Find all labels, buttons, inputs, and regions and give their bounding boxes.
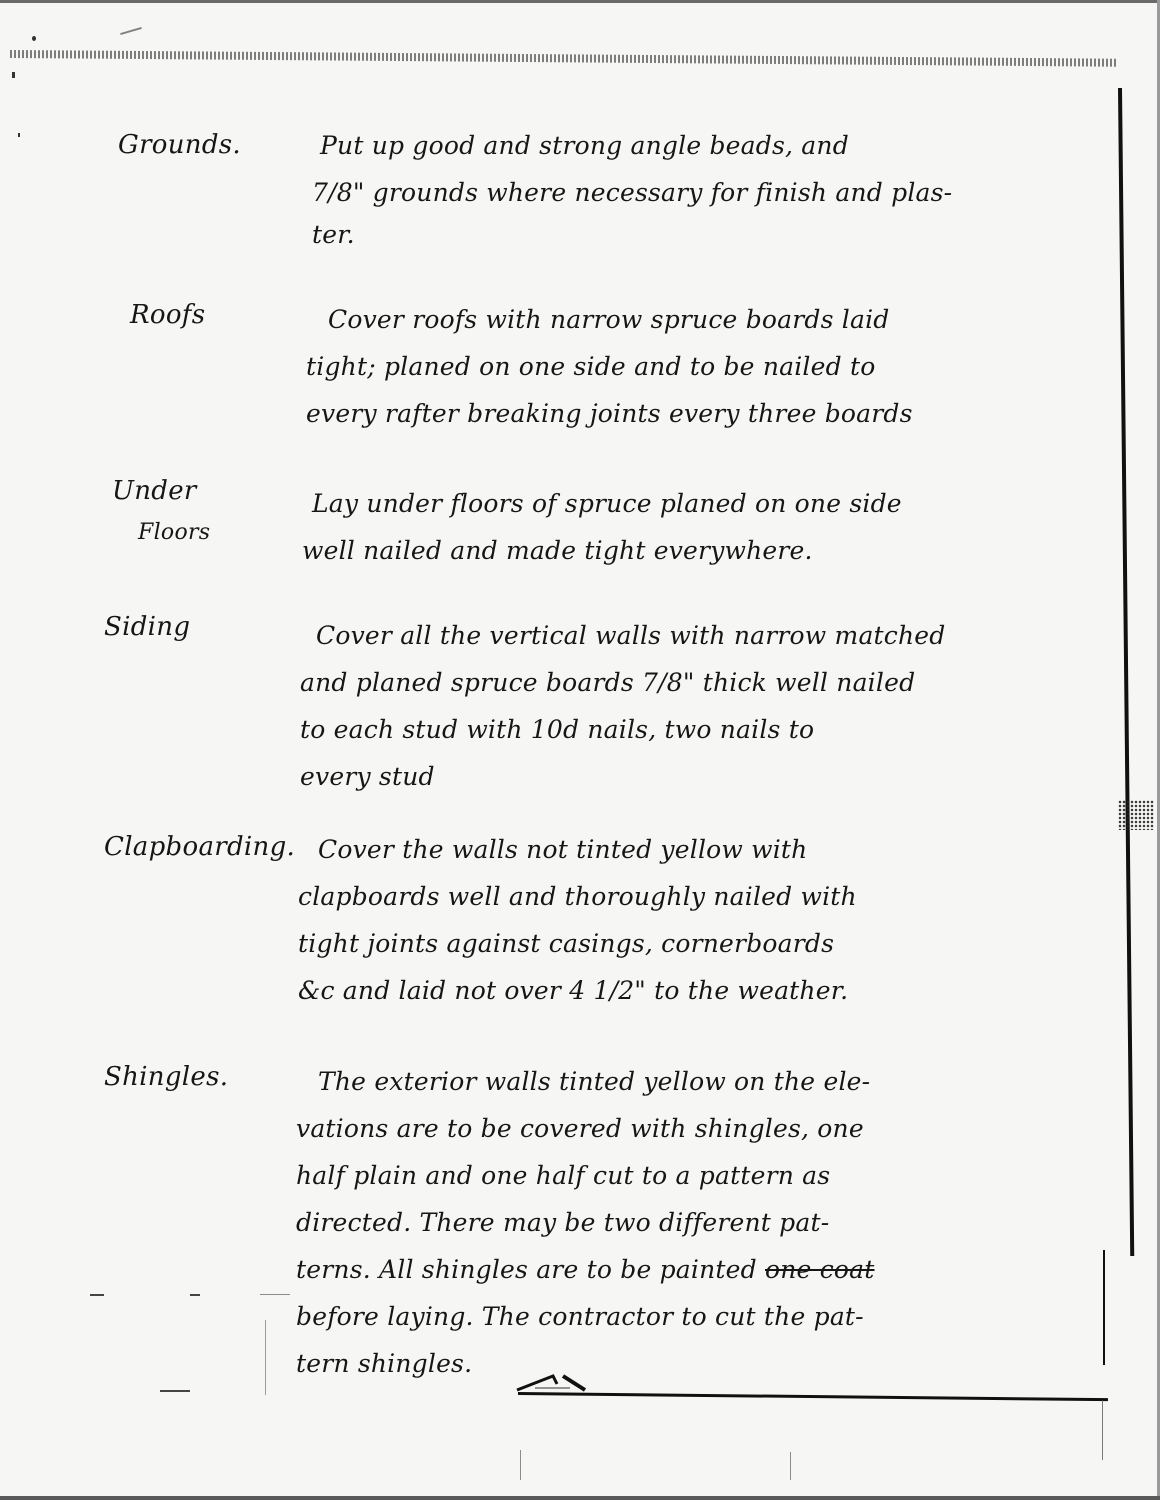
section-heading: Siding <box>104 610 190 644</box>
scan-mark <box>18 133 20 137</box>
text-line: every rafter breaking joints every three… <box>306 390 913 437</box>
right-margin-border <box>1118 88 1134 1256</box>
text-line: vations are to be covered with shingles,… <box>296 1105 875 1152</box>
section-text: Cover the walls not tinted yellow with c… <box>318 826 857 1014</box>
section-heading: Under <box>112 474 197 508</box>
section-text: The exterior walls tinted yellow on the … <box>318 1058 875 1387</box>
scan-mark <box>265 1320 266 1395</box>
text-line: Cover all the vertical walls with narrow… <box>316 612 946 659</box>
scan-mark <box>12 72 15 78</box>
text-line: half plain and one half cut to a pattern… <box>296 1152 875 1199</box>
section-heading: Clapboarding. <box>104 830 295 864</box>
text-line: The exterior walls tinted yellow on the … <box>318 1058 875 1105</box>
text-line: and planed spruce boards 7/8" thick well… <box>300 659 946 706</box>
text-line: Cover the walls not tinted yellow with <box>318 826 857 873</box>
text-line: 7/8" grounds where necessary for finish … <box>312 169 952 216</box>
scan-bottom-edge <box>0 1496 1160 1500</box>
scan-mark <box>260 1294 290 1295</box>
right-margin-border-lower <box>1103 1250 1105 1365</box>
text-line: terns. All shingles are to be painted on… <box>296 1246 875 1293</box>
text-line: to each stud with 10d nails, two nails t… <box>300 706 946 753</box>
text-line: every stud <box>300 753 946 800</box>
text-line: tight joints against casings, cornerboar… <box>298 920 857 967</box>
text-line: Cover roofs with narrow spruce boards la… <box>328 296 913 343</box>
scan-top-edge <box>0 0 1160 3</box>
bottom-border-rule <box>518 1392 1108 1401</box>
section-text: Put up good and strong angle beads, and … <box>320 122 952 254</box>
text-line: directed. There may be two different pat… <box>296 1199 875 1246</box>
section-text: Cover all the vertical walls with narrow… <box>316 612 946 800</box>
scan-mark <box>790 1452 791 1480</box>
section-text: Lay under floors of spruce planed on one… <box>312 480 902 574</box>
text-line: tight; planed on one side and to be nail… <box>306 343 913 390</box>
text-line: Lay under floors of spruce planed on one… <box>312 480 902 527</box>
text-line: well nailed and made tight everywhere. <box>302 527 902 574</box>
section-heading-line2: Floors <box>138 516 210 550</box>
scan-mark <box>520 1450 521 1480</box>
section-heading: Shingles. <box>104 1060 228 1094</box>
top-dotted-rule <box>10 50 1118 67</box>
scan-mark <box>190 1294 200 1296</box>
section-heading: Roofs <box>130 298 205 332</box>
text-line: Put up good and strong angle beads, and <box>320 122 952 169</box>
scanned-page: Grounds. Put up good and strong angle be… <box>0 0 1160 1500</box>
ink-smudge <box>1118 800 1154 830</box>
text-line-content: terns. All shingles are to be painted <box>296 1255 757 1284</box>
section-heading: Grounds. <box>118 128 241 162</box>
struck-out-text: one coat <box>765 1255 875 1284</box>
scan-mark <box>160 1390 190 1392</box>
scan-mark <box>32 36 36 41</box>
section-text: Cover roofs with narrow spruce boards la… <box>328 296 913 437</box>
text-line: tern shingles. <box>296 1340 875 1387</box>
scan-mark <box>1102 1400 1103 1460</box>
text-line: clapboards well and thoroughly nailed wi… <box>298 873 857 920</box>
text-line: before laying. The contractor to cut the… <box>296 1293 875 1340</box>
text-line: &c and laid not over 4 1/2" to the weath… <box>298 967 857 1014</box>
text-line: ter. <box>312 216 952 254</box>
scan-mark <box>120 27 142 35</box>
scan-mark <box>90 1294 104 1296</box>
